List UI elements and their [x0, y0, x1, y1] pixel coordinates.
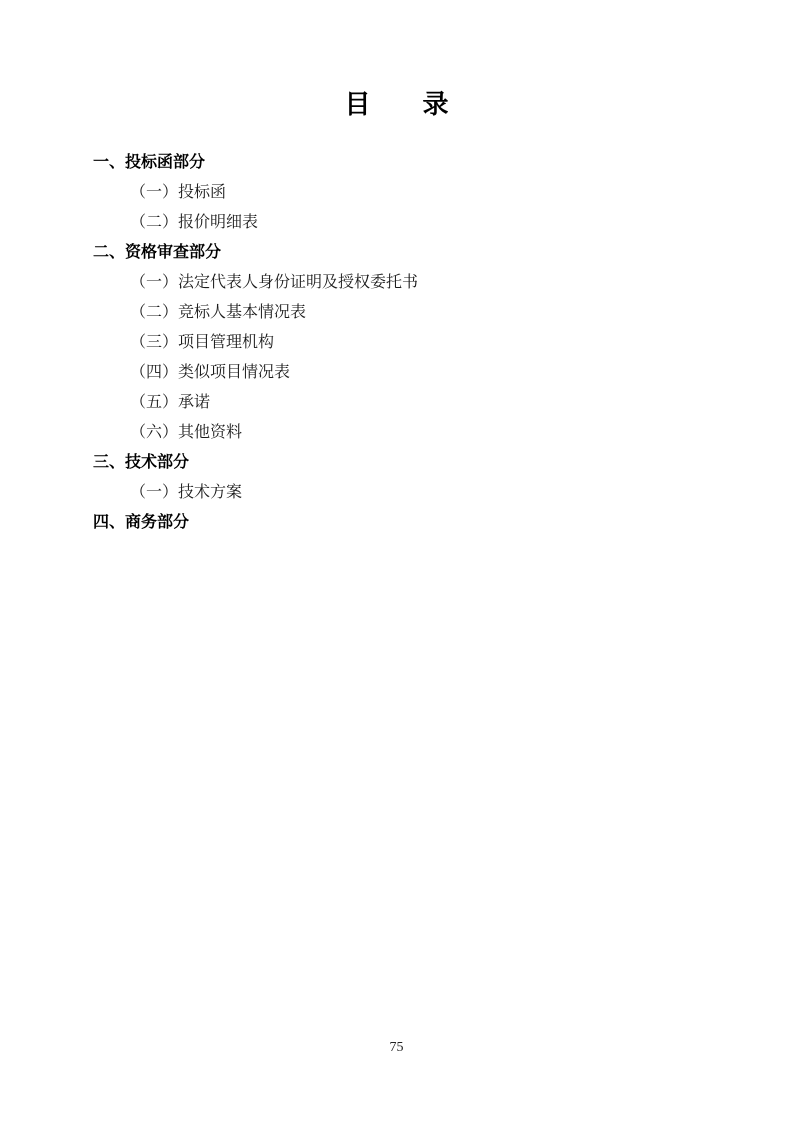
toc-section: 三、技术部分 （一）技术方案 — [93, 448, 733, 508]
document-page: 目 录 一、投标函部分 （一）投标函 （二）报价明细表 二、资格审查部分 （一）… — [0, 0, 793, 1122]
toc-item: （六）其他资料 — [93, 418, 733, 448]
page-title: 目 录 — [0, 0, 793, 122]
toc-item: （一）法定代表人身份证明及授权委托书 — [93, 268, 733, 298]
toc-section-heading: 一、投标函部分 — [93, 148, 733, 178]
toc-section-heading: 四、商务部分 — [93, 508, 733, 538]
toc-item: （二）报价明细表 — [93, 208, 733, 238]
toc-item: （三）项目管理机构 — [93, 328, 733, 358]
toc-item: （五）承诺 — [93, 388, 733, 418]
toc-section: 四、商务部分 — [93, 508, 733, 538]
toc-section: 一、投标函部分 （一）投标函 （二）报价明细表 — [93, 148, 733, 238]
table-of-contents: 一、投标函部分 （一）投标函 （二）报价明细表 二、资格审查部分 （一）法定代表… — [93, 148, 733, 538]
toc-item: （四）类似项目情况表 — [93, 358, 733, 388]
toc-section: 二、资格审查部分 （一）法定代表人身份证明及授权委托书 （二）竞标人基本情况表 … — [93, 238, 733, 448]
toc-section-heading: 三、技术部分 — [93, 448, 733, 478]
toc-section-heading: 二、资格审查部分 — [93, 238, 733, 268]
page-number: 75 — [0, 1040, 793, 1056]
toc-item: （一）投标函 — [93, 178, 733, 208]
toc-item: （二）竞标人基本情况表 — [93, 298, 733, 328]
toc-item: （一）技术方案 — [93, 478, 733, 508]
